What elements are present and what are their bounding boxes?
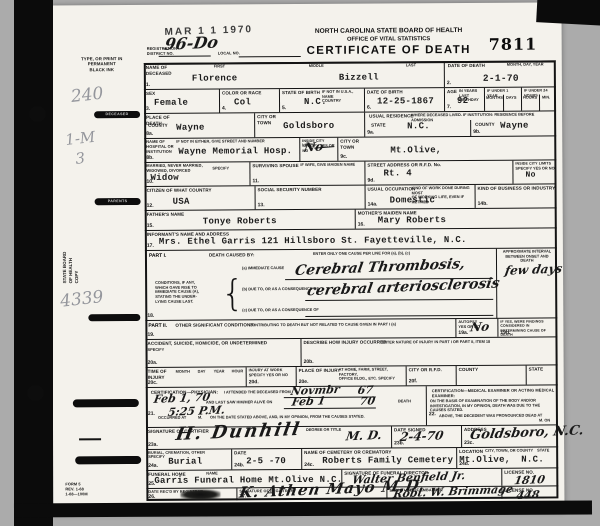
field-marital-status: MARRIED, NEVER MARRIED, WIDOWED, DIVORCE… [144, 162, 249, 186]
field-father-name: FATHER'S NAME 15. Tonye Roberts [145, 210, 355, 230]
street-address-value: Rt. 4 [383, 169, 412, 178]
row-marital: MARRIED, NEVER MARRIED, WIDOWED, DIVORCE… [144, 159, 556, 186]
date-signed-value: 2-4-70 [399, 428, 445, 444]
field-age: AGE IN YEARS LAST BIRTHDAY 7. 92 [444, 88, 484, 111]
field-injury-at-work: INJURY AT WORK SPECIFY YES OR NO 20d. [246, 367, 296, 386]
field-certification-medical-examiner: CERTIFICATION—MEDICAL EXAMINER OR ACTING… [426, 385, 558, 425]
parents-stamp-tab: PARENTS [95, 198, 141, 205]
field-inside-city-limits-death: INSIDE CITY LIMITS SPECIFY YES OR NO No [299, 138, 337, 161]
field-death-city: CITY OR TOWN Goldsboro [254, 113, 364, 138]
field-informant: INFORMANT'S NAME AND ADDRESS 17. Mrs. Et… [145, 228, 557, 250]
row-citizen: CITIZEN OF WHAT COUNTRY 12. USA SOCIAL S… [145, 183, 557, 210]
part1-label: PART I. [149, 253, 166, 259]
mother-name-value: Mary Roberts [378, 216, 446, 225]
row-registrar: DATE REC'D BY REGISTRAR 26. SIGNATURE OF… [146, 485, 558, 501]
certifier-signature-value: H. Dunhill [174, 419, 302, 445]
informant-value: Mrs. Ethel Garris 121 Hillsboro St. Faye… [159, 236, 467, 247]
part1-block: PART I. DEATH CAUSED BY: ENTER ONLY ONE … [145, 248, 557, 320]
form-number-notes: FORM 5 REV. 1-68 1-68—100M [63, 481, 116, 497]
field-name-of-deceased: NAME OF DECEASED 1. FIRST MIDDLE LAST Fl… [144, 62, 444, 89]
copy-ownership-label: STATE BOARD OF HEALTH COPY [62, 223, 80, 283]
field-time-of-injury: TIME OF INJURY 20c. MONTH DAY YEAR HOUR [146, 367, 246, 387]
field-autopsy: AUTOPSY YES OR NO 19a. No [455, 319, 497, 337]
field-mother-maiden-name: MOTHER'S MAIDEN NAME 16. Mary Roberts [355, 208, 557, 228]
residence-town-value: Mt.Olive, [390, 146, 441, 155]
citizen-country-value: USA [173, 198, 190, 207]
certificate-number: 7811 [489, 35, 538, 54]
row-name: NAME OF DECEASED 1. FIRST MIDDLE LAST Fl… [144, 60, 556, 89]
deceased-last-name: Bizzell [339, 74, 379, 83]
row-place-of-death: PLACE OF DEATH COUNTY 8a. Wayne CITY OR … [144, 110, 556, 138]
field-state-of-birth: STATE OF BIRTH IF NOT IN U.S.A., NAME CO… [279, 89, 364, 113]
field-date-received: DATE REC'D BY REGISTRAR 26. [146, 488, 236, 501]
margin-tick [79, 438, 101, 440]
hole-punch-top [29, 106, 46, 122]
interval-a-value: few days [504, 261, 564, 277]
marital-status-value: Widow [150, 174, 179, 183]
received-stamp-smudge [180, 489, 220, 499]
cemetery-value: Roberts Family Cemetery [322, 456, 453, 466]
field-how-injury-occurred: DESCRIBE HOW INJURY OCCURRED ENTER NATUR… [300, 337, 557, 366]
part2-other-conditions: PART II. OTHER SIGNIFICANT CONDITIONS: C… [145, 317, 557, 339]
field-if-under-1-year: IF UNDER 1 YEAR MONTHS DAYS [484, 88, 521, 111]
cemetery-location-value: Mt.Olive, [459, 456, 510, 465]
field-business-industry: KIND OF BUSINESS OR INDUSTRY 14b. [475, 184, 557, 208]
inside-city-limits-residence-value: No [525, 172, 535, 180]
field-hospital: NAME OF HOSPITAL OR INSTITUTION IF NOT I… [144, 138, 299, 162]
date-of-death-value: 2-1-70 [483, 74, 519, 84]
age-value: 92 [457, 97, 468, 106]
field-sex: SEX 3. Female [144, 89, 219, 112]
field-surviving-spouse: SURVIVING SPOUSE IF WIFE, GIVE MAIDEN NA… [249, 162, 364, 186]
pencil-note-240: 240 [70, 84, 104, 107]
field-date-signed: DATE SIGNED 23b. 2-4-70 [391, 426, 461, 447]
conditions-note: CONDITIONS, IF ANY, WHICH GAVE RISE TO I… [155, 281, 217, 305]
state-of-birth-value: N.C. [304, 98, 327, 107]
local-no-label: LOCAL NO. [216, 50, 241, 56]
field-certifier-address: ADDRESS 23c. Goldsboro, N.C. [461, 425, 558, 447]
row-hospital: NAME OF HOSPITAL OR INSTITUTION IF NOT I… [144, 135, 556, 162]
field-burial-type: BURIAL, CREMATION, OTHER SPECIFY 24a. Bu… [146, 449, 231, 470]
residence-county-value: Wayne [500, 122, 529, 131]
field-color-or-race: COLOR OR RACE 4. Col [219, 89, 279, 112]
stamp-tab-4 [73, 399, 139, 407]
row-informant: INFORMANT'S NAME AND ADDRESS 17. Mrs. Et… [145, 227, 557, 250]
field-certifier-signature: SIGNATURE OF CERTIFIER DEGREE OR TITLE 2… [146, 426, 391, 448]
field-embalmer-signature: SIGNATURE OF EMBALMER Robt. W. Brimmage [386, 487, 501, 500]
field-citizen-country: CITIZEN OF WHAT COUNTRY 12. USA [145, 186, 255, 210]
residence-state-value: N.C. [407, 122, 430, 131]
burial-date-value: 2-5 -70 [246, 457, 286, 466]
row-vitals: SEX 3. Female COLOR OR RACE 4. Col STATE… [144, 86, 556, 113]
field-if-under-24-hours: IF UNDER 24 HOURS HOURS MIN. [521, 87, 556, 110]
field-registrar-signature: SIGNATURE OF REGISTRAR 27. K. Athen Mayo… [236, 487, 386, 500]
last-saw-value: Feb 1 [291, 394, 327, 408]
field-residence-town: CITY OR TOWN 9c. Mt.Olive, [337, 136, 556, 160]
field-injury-county: COUNTY [456, 366, 526, 385]
pencil-note-1m: 1-M [64, 128, 96, 149]
certificate-title: CERTIFICATE OF DEATH [279, 44, 499, 57]
field-place-of-death-county: PLACE OF DEATH COUNTY 8a. Wayne [144, 113, 254, 138]
death-city-value: Goldsboro [283, 122, 334, 131]
death-county-value: Wayne [176, 124, 205, 133]
field-accident-type: ACCIDENT, SUICIDE, HOMICIDE, OR UNDETERM… [145, 339, 300, 367]
autopsy-value: No [469, 319, 490, 334]
stamp-tab-5 [75, 456, 141, 464]
deceased-stamp-tab: DECEASED [94, 111, 140, 118]
print-instruction: TYPE, OR PRINT IN PERMANENT BLACK INK [59, 55, 144, 73]
field-autopsy-findings: IF YES, WERE FINDINGS CONSIDERED IN DETE… [497, 318, 557, 336]
row-accident: ACCIDENT, SUICIDE, HOMICIDE, OR UNDETERM… [145, 336, 557, 367]
row-certification: CERTIFICATION—PHYSICIAN: I ATTENDED THE … [146, 384, 558, 427]
field-inside-city-limits-residence: INSIDE CITY LIMITS SPECIFY YES OR NO No [512, 160, 556, 183]
father-name-value: Tonye Roberts [203, 217, 277, 226]
row-injury-detail: TIME OF INJURY 20c. MONTH DAY YEAR HOUR … [146, 364, 558, 387]
certifier-degree: M. D. [345, 428, 383, 444]
deceased-first-name: Florence [192, 74, 238, 83]
burial-type-value: Burial [168, 458, 202, 467]
brace-glyph: { [221, 276, 244, 312]
certificate-paper: TYPE, OR PRINT IN PERMANENT BLACK INK 24… [0, 0, 600, 526]
cemetery-state-value: N.C. [521, 456, 544, 465]
field-date-of-birth: DATE OF BIRTH 6. 12-25-1867 [364, 88, 444, 111]
row-parents: FATHER'S NAME 15. Tonye Roberts MOTHER'S… [145, 207, 557, 230]
field-cemetery: NAME OF CEMETERY OR CREMATORY 24c. Rober… [301, 448, 456, 469]
field-ssn: SOCIAL SECURITY NUMBER 13. [255, 186, 365, 210]
field-usual-residence: USUAL RESIDENCE WHERE DECEASED LIVED. IF… [364, 111, 556, 136]
field-usual-occupation: USUAL OCCUPATION KIND OF WORK DONE DURIN… [365, 185, 475, 209]
stamp-tab-3 [88, 314, 140, 321]
part1-cause-of-death: PART I. DEATH CAUSED BY: ENTER ONLY ONE … [145, 247, 557, 320]
field-street-address: STREET ADDRESS OR R.F.D. No. 9d. Rt. 4 [364, 161, 512, 185]
row-burial: BURIAL, CREMATION, OTHER SPECIFY 24a. Bu… [146, 446, 558, 470]
row-certifier-signature: SIGNATURE OF CERTIFIER DEGREE OR TITLE 2… [146, 424, 558, 449]
board-name: NORTH CAROLINA STATE BOARD OF HEALTH [279, 27, 499, 35]
field-date-of-death: DATE OF DEATH MONTH, DAY, YEAR 2. 2-1-70 [444, 61, 556, 87]
occupation-value: Domestic [390, 196, 436, 205]
scan-left-black-edge [14, 0, 53, 526]
field-burial-date: DATE 24b. 2-5 -70 [231, 449, 301, 469]
race-value: Col [234, 98, 251, 107]
pencil-note-3: 3 [74, 149, 85, 168]
hospital-value: Wayne Memorial Hosp. [178, 147, 292, 157]
cause-a-value: Cerebral Thrombosis, [294, 256, 467, 279]
scanned-death-certificate: TYPE, OR PRINT IN PERMANENT BLACK INK 24… [0, 0, 600, 526]
field-other-significant-conditions: PART II. OTHER SIGNIFICANT CONDITIONS: C… [145, 319, 455, 339]
field-cemetery-location: LOCATION CITY, TOWN, OR COUNTY STATE 24d… [456, 447, 558, 468]
last-saw-year: 70 [359, 394, 377, 408]
hole-punch-bottom [27, 385, 44, 401]
sex-value: Female [154, 99, 188, 108]
field-embalmer-license: LICENSE NO. 448 [501, 486, 558, 498]
scan-corner-artifact [536, 0, 600, 26]
date-of-birth-value: 12-25-1867 [377, 97, 434, 106]
field-injury-state: STATE [526, 365, 558, 384]
field-injury-city: CITY OR R.F.D. 20f. [406, 366, 456, 385]
registration-district-value: 96-Do [163, 32, 220, 53]
